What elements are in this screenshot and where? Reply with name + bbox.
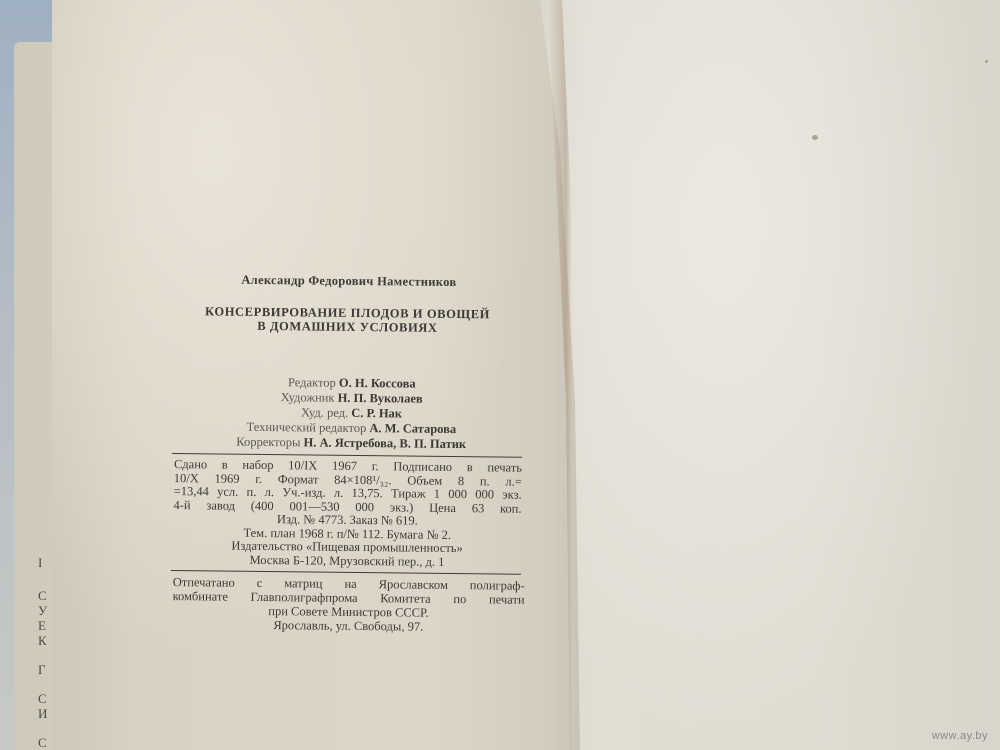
credit-name: О. Н. Коссова bbox=[339, 376, 416, 391]
credit-name: А. М. Сатарова bbox=[369, 421, 456, 436]
letter: І bbox=[38, 555, 52, 570]
imprint-text-block: Александр Федорович Наместников КОНСЕРВИ… bbox=[164, 272, 528, 635]
imprint-line: Москва Б-120, Мрузовский пер., д. 1 bbox=[173, 553, 521, 570]
letter: С bbox=[38, 588, 52, 603]
letter: Г bbox=[38, 662, 52, 677]
credit-role: Корректоры bbox=[236, 435, 300, 450]
underlying-page-letters: І С У Е К Г С И С bbox=[38, 555, 52, 750]
publication-details: Сдано в набор 10/IX 1967 г. Подписано в … bbox=[173, 458, 522, 570]
credits-list: Редактор О. Н. Коссова Художник Н. П. Ву… bbox=[176, 374, 527, 453]
author-name: Александр Федорович Наместников bbox=[170, 272, 528, 291]
credit-line: Корректоры Н. А. Ястребова, В. П. Патик bbox=[176, 434, 526, 453]
letter: С bbox=[38, 735, 52, 750]
letter: И bbox=[38, 706, 52, 721]
credit-role: Художник bbox=[281, 390, 335, 405]
credit-role: Технический редактор bbox=[247, 420, 367, 435]
credit-name: Н. А. Ястребова, В. П. Патик bbox=[303, 435, 466, 451]
book-title: КОНСЕРВИРОВАНИЕ ПЛОДОВ И ОВОЩЕЙ В ДОМАШН… bbox=[167, 304, 527, 336]
right-page-blank bbox=[540, 0, 1000, 750]
printer-details: Отпечатано с матриц на Ярославском полиг… bbox=[172, 575, 525, 635]
letter: С bbox=[38, 691, 52, 706]
credit-name: С. Р. Нак bbox=[351, 406, 402, 421]
credit-role: Худ. ред. bbox=[301, 405, 348, 419]
letter: У bbox=[38, 603, 52, 618]
letter: К bbox=[38, 633, 52, 648]
site-watermark: www.ay.by bbox=[932, 730, 988, 742]
divider-rule bbox=[171, 570, 521, 575]
paper-speck bbox=[985, 60, 988, 63]
paper-stain bbox=[812, 135, 818, 140]
letter: Е bbox=[38, 618, 52, 633]
credit-name: Н. П. Вуколаев bbox=[338, 391, 423, 406]
credit-role: Редактор bbox=[288, 375, 336, 389]
